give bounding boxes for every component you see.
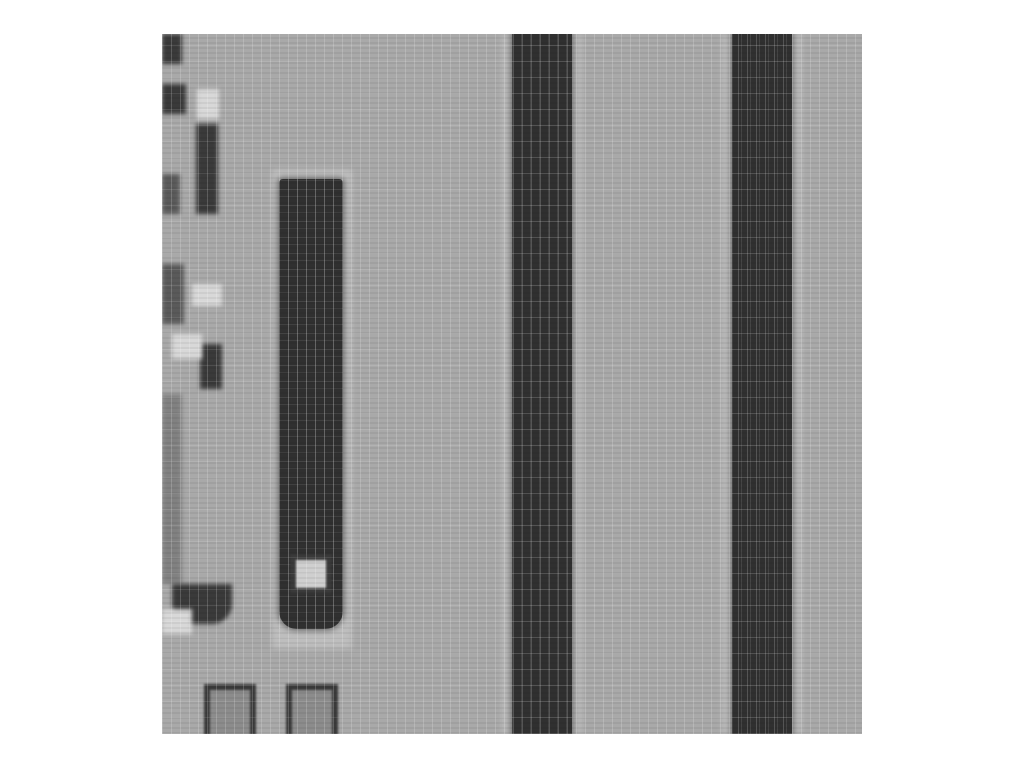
left-fragment-2	[162, 84, 186, 114]
bottom-pad-left	[204, 684, 256, 734]
long-vertical-line-2	[732, 34, 792, 734]
left-highlight-2	[192, 284, 222, 306]
left-fragment-4	[162, 174, 180, 214]
left-fragment-6	[200, 344, 222, 389]
long-vertical-line-1	[512, 34, 572, 734]
left-fragment-3	[196, 124, 218, 214]
left-elbow-highlight	[162, 609, 192, 634]
left-fragment-7	[162, 394, 182, 584]
left-highlight-3	[172, 334, 202, 359]
bottom-pad-right	[286, 684, 338, 734]
micrograph	[162, 34, 862, 734]
short-line-via	[290, 554, 332, 594]
left-highlight-1	[197, 89, 219, 119]
left-fragment-1	[162, 34, 182, 64]
left-fragment-5	[162, 264, 184, 324]
